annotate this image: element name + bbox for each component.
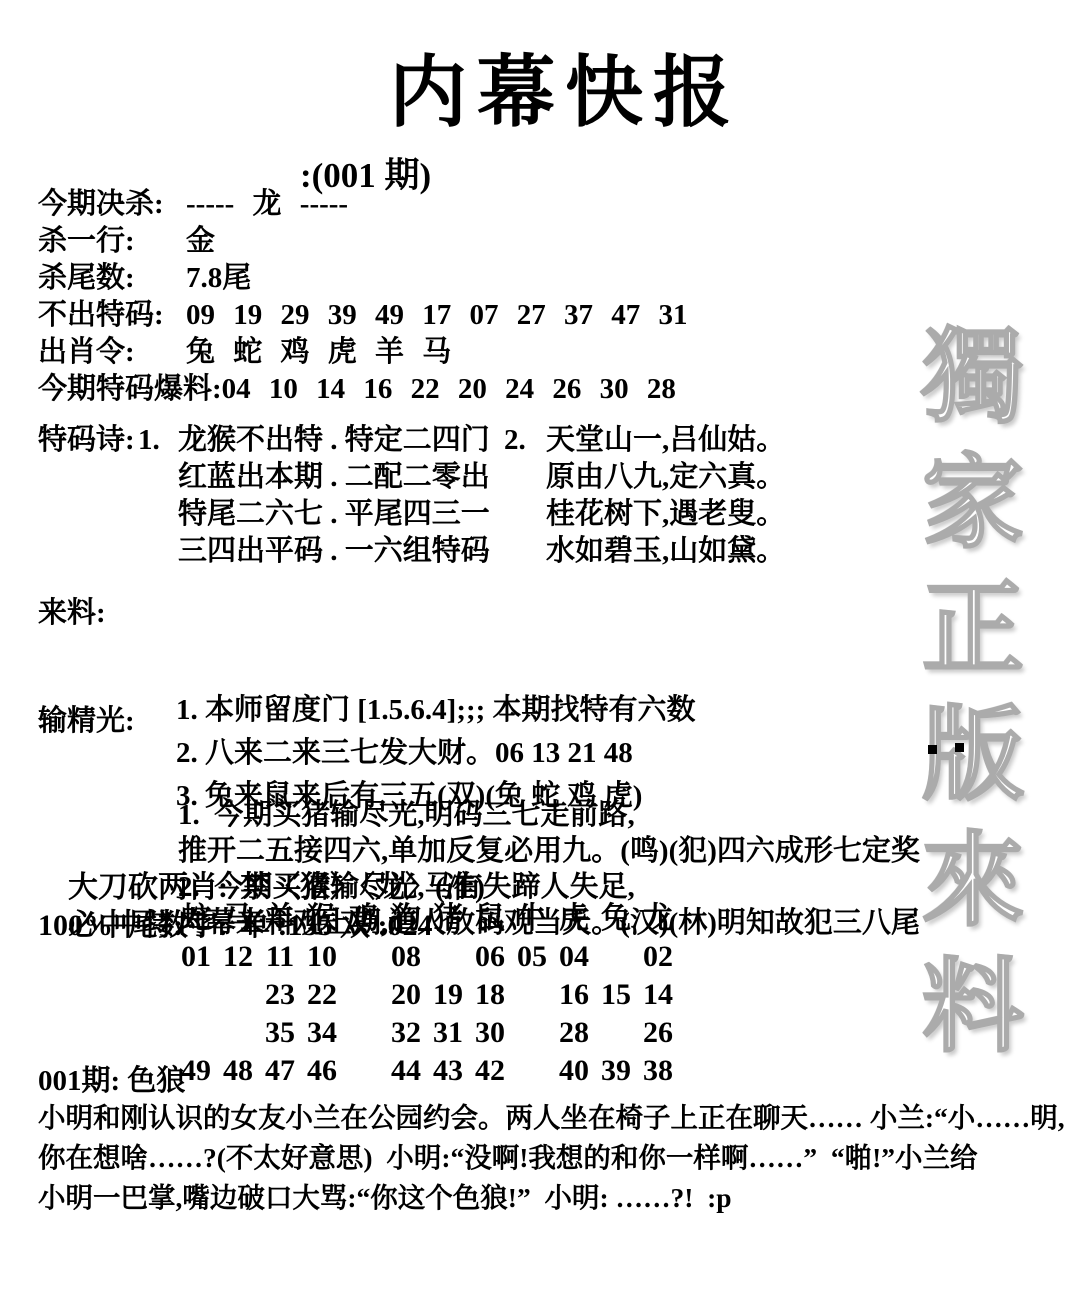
ink-dot [955, 743, 964, 752]
number-cell: 05 [511, 938, 553, 976]
poem-line-left: 特尾二六七 . 平尾四三一 [178, 496, 504, 533]
kill-line-label: 今期决杀: [38, 186, 186, 223]
poem-line-right: 水如碧玉,山如黛。 [546, 533, 785, 570]
poem-number: 2. [504, 422, 546, 459]
poem-label [38, 533, 138, 570]
number-cell: 12 [217, 938, 259, 976]
number-cell: 32 [385, 1014, 427, 1052]
number-cell [511, 976, 553, 1014]
kill-line: 杀一行:金 [38, 223, 688, 260]
kill-line-label: 出肖令: [38, 334, 186, 371]
number-cell: 40 [553, 1052, 595, 1090]
number-cell [217, 1014, 259, 1052]
number-cell: 14 [637, 976, 679, 1014]
zodiac-cell: 羊 [259, 900, 301, 938]
number-cell: 43 [427, 1052, 469, 1090]
kill-line-label: 不出特码: [38, 297, 186, 334]
poem-line-left: 龙猴不出特 . 特定二四门 [178, 422, 504, 459]
number-cell [343, 938, 385, 976]
poem-label: 特码诗: [38, 422, 138, 459]
number-cell: 46 [301, 1052, 343, 1090]
number-cell [511, 1014, 553, 1052]
number-cell [343, 1052, 385, 1090]
number-cell: 22 [301, 976, 343, 1014]
number-cell [595, 938, 637, 976]
poem-label [38, 496, 138, 533]
number-cell: 30 [469, 1014, 511, 1052]
number-cell: 31 [427, 1014, 469, 1052]
poem-line-left: 红蓝出本期 . 二配二零出 [178, 459, 504, 496]
poem-line-right: 天堂山一,吕仙姑。 [546, 422, 785, 459]
zodiac-cell: 狗 [385, 900, 427, 938]
poem-line-right: 原由八九,定六真。 [546, 459, 785, 496]
kill-line: 杀尾数:7.8尾 [38, 260, 688, 297]
number-cell: 08 [385, 938, 427, 976]
kill-line-label: 今期特码爆料: [38, 371, 222, 408]
laijiao-label: 来料: [38, 590, 106, 631]
number-cell [595, 1014, 637, 1052]
number-cell: 26 [637, 1014, 679, 1052]
kill-line-label: 杀一行: [38, 223, 186, 260]
kill-line-value: 04 10 14 16 22 20 24 26 30 28 [222, 371, 676, 408]
kill-line-label: 杀尾数: [38, 260, 186, 297]
number-cell: 34 [301, 1014, 343, 1052]
number-cell: 48 [217, 1052, 259, 1090]
zodiac-cell: 鸡 [343, 900, 385, 938]
zodiac-cell: 鼠 [469, 900, 511, 938]
number-cell: 19 [427, 976, 469, 1014]
joke-text: 小明和刚认识的女友小兰在公园约会。两人坐在椅子上正在聊天…… 小兰:“小……明,… [38, 1098, 1068, 1218]
kill-line-value: 兔 蛇 鸡 虎 羊 马 [186, 334, 451, 371]
number-cell: 38 [637, 1052, 679, 1090]
zodiac-cell: 猪 [427, 900, 469, 938]
poem-label [38, 459, 138, 496]
poem-number: 1. [138, 422, 178, 459]
number-cell: 02 [637, 938, 679, 976]
poem-number [504, 496, 546, 533]
joke-line: 小明和刚认识的女友小兰在公园约会。两人坐在椅子上正在聊天…… 小兰:“小……明, [38, 1098, 1068, 1138]
shujingguang-label: 输精光: [38, 698, 135, 739]
poem-line-right: 桂花树下,遇老叟。 [546, 496, 785, 533]
kill-line-value: 09 19 29 39 49 17 07 27 37 47 31 [186, 297, 688, 334]
number-cell: 04 [553, 938, 595, 976]
number-cell: 28 [553, 1014, 595, 1052]
joke-line: 你在想啥……?(不太好意思) 小明:“没啊!我想的和你一样啊……” “啪!”小兰… [38, 1138, 1068, 1178]
number-cell [175, 1014, 217, 1052]
number-cell [343, 976, 385, 1014]
number-cell [217, 976, 259, 1014]
kill-line: 出肖令:兔 蛇 鸡 虎 羊 马 [38, 334, 688, 371]
zodiac-cell: 猴 [301, 900, 343, 938]
special-code-poem-section: 特码诗:1.龙猴不出特 . 特定二四门2.天堂山一,吕仙姑。红蓝出本期 . 二配… [38, 422, 785, 570]
poem-row: 三四出平码 . 一六组特码水如碧玉,山如黛。 [38, 533, 785, 570]
zodiac-number-grid: 蛇马羊猴鸡狗猪鼠牛虎兔龙0112111008060504022322201918… [175, 900, 679, 1090]
number-cell: 10 [301, 938, 343, 976]
number-cell: 44 [385, 1052, 427, 1090]
number-cell: 20 [385, 976, 427, 1014]
poem-row: 红蓝出本期 . 二配二零出原由八九,定六真。 [38, 459, 785, 496]
number-cell [511, 1052, 553, 1090]
kill-line-value: ----- 龙 ----- [186, 186, 348, 223]
ink-dot [928, 745, 937, 754]
page-title: 内幕快报 [0, 30, 1080, 142]
number-cell [343, 1014, 385, 1052]
number-cell: 47 [259, 1052, 301, 1090]
number-cell: 06 [469, 938, 511, 976]
poem-number [504, 459, 546, 496]
zhongte-label: 100%中特: [38, 900, 183, 944]
kill-line-value: 金 [186, 223, 215, 260]
number-cell: 42 [469, 1052, 511, 1090]
poem-number [138, 496, 178, 533]
number-cell: 39 [595, 1052, 637, 1090]
joke-line: 小明一巴掌,嘴边破口大骂:“你这个色狼!” 小明: ……?! :p [38, 1178, 1068, 1218]
page: 獨家正版來料 内幕快报 :(001 期) 今期决杀:----- 龙 -----杀… [0, 0, 1080, 1289]
number-cell: 35 [259, 1014, 301, 1052]
kill-lines-section: 今期决杀:----- 龙 -----杀一行:金杀尾数:7.8尾不出特码:09 1… [38, 186, 688, 408]
poem-number [504, 533, 546, 570]
number-cell: 18 [469, 976, 511, 1014]
number-cell [175, 976, 217, 1014]
poem-number [138, 459, 178, 496]
zodiac-cell: 蛇 [175, 900, 217, 938]
kill-line: 不出特码:09 19 29 39 49 17 07 27 37 47 31 [38, 297, 688, 334]
number-cell: 15 [595, 976, 637, 1014]
poem-row: 特尾二六七 . 平尾四三一桂花树下,遇老叟。 [38, 496, 785, 533]
zodiac-cell: 马 [217, 900, 259, 938]
zodiac-cell: 虎 [553, 900, 595, 938]
number-cell [427, 938, 469, 976]
kill-line-value: 7.8尾 [186, 260, 251, 297]
poem-row: 特码诗:1.龙猴不出特 . 特定二四门2.天堂山一,吕仙姑。 [38, 422, 785, 459]
joke-title: 001期: 色狼 [38, 1058, 185, 1099]
number-cell: 11 [259, 938, 301, 976]
poem-number [138, 533, 178, 570]
number-cell: 01 [175, 938, 217, 976]
zodiac-cell: 兔 [595, 900, 637, 938]
number-cell: 16 [553, 976, 595, 1014]
number-cell: 23 [259, 976, 301, 1014]
zodiac-cell: 龙 [637, 900, 679, 938]
kill-line: 今期特码爆料:04 10 14 16 22 20 24 26 30 28 [38, 371, 688, 408]
kill-line: 今期决杀:----- 龙 ----- [38, 186, 688, 223]
zodiac-cell: 牛 [511, 900, 553, 938]
poem-line-left: 三四出平码 . 一六组特码 [178, 533, 504, 570]
